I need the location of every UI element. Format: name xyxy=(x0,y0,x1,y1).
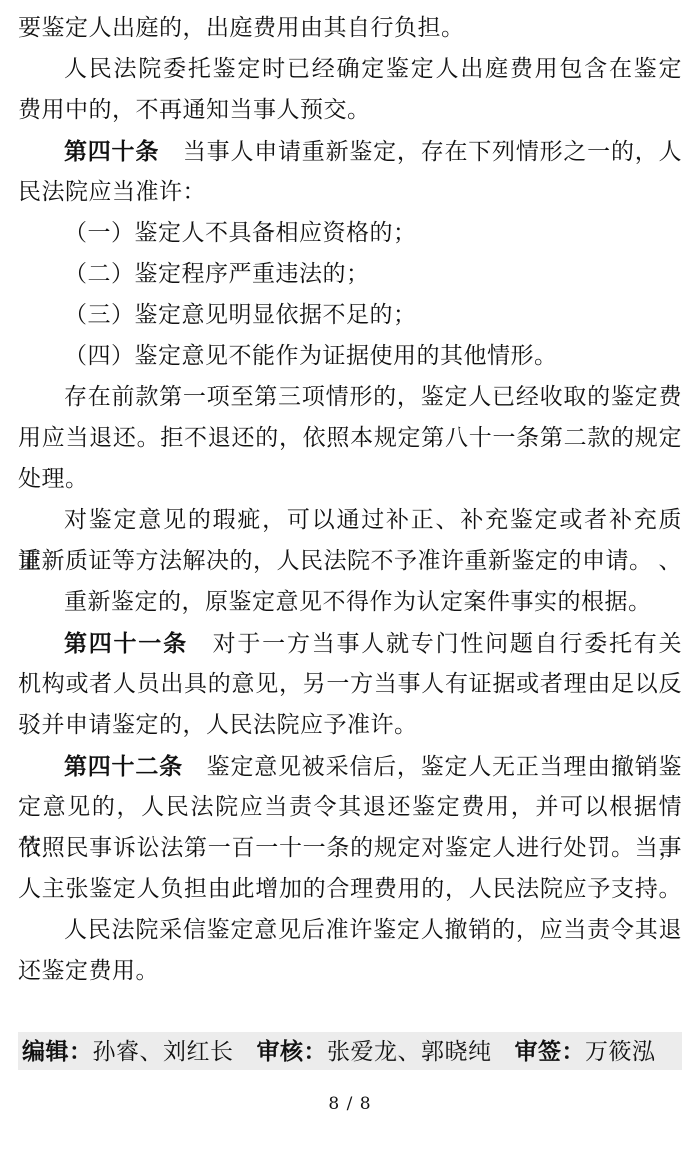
text-line: 重新质证等方法解决的，人民法院不予准许重新鉴定的申请。 xyxy=(18,541,682,582)
footer-role-label: 审核： xyxy=(257,1038,328,1064)
body-text: 用应当退还。拒不退还的，依照本规定第八十一条第二款的规定 xyxy=(18,425,682,451)
body-text: 重新鉴定的，原鉴定意见不得作为认定案件事实的根据。 xyxy=(64,589,652,615)
text-line: 处理。 xyxy=(18,459,682,500)
text-line: 费用中的，不再通知当事人预交。 xyxy=(18,90,682,131)
document-body: 要鉴定人出庭的，出庭费用由其自行负担。人民法院委托鉴定时已经确定鉴定人出庭费用包… xyxy=(0,0,700,992)
editor-footer-bar: 编辑：孙睿、刘红长审核：张爱龙、郭晓纯审签：万筱泓 xyxy=(18,1032,682,1070)
body-text: 鉴定意见被采信后，鉴定人无正当理由撤销鉴 xyxy=(183,754,682,780)
text-line: 机构或者人员出具的意见，另一方当事人有证据或者理由足以反 xyxy=(18,664,682,705)
footer-role-label: 编辑： xyxy=(22,1038,93,1064)
footer-name: 万筱泓 xyxy=(585,1039,656,1065)
body-text: 民法院应当准许： xyxy=(18,179,206,205)
page-number: 8 / 8 xyxy=(0,1094,700,1114)
text-line: 重新鉴定的，原鉴定意见不得作为认定案件事实的根据。 xyxy=(18,582,682,623)
text-line: 要鉴定人出庭的，出庭费用由其自行负担。 xyxy=(18,8,682,49)
text-line: 第四十一条 对于一方当事人就专门性问题自行委托有关 xyxy=(18,623,682,664)
article-number: 第四十一条 xyxy=(64,630,188,656)
footer-name: 张爱龙、郭晓纯 xyxy=(327,1039,492,1065)
text-line: 人主张鉴定人负担由此增加的合理费用的，人民法院应予支持。 xyxy=(18,869,682,910)
text-line: （二）鉴定程序严重违法的； xyxy=(18,254,682,295)
body-text: 存在前款第一项至第三项情形的，鉴定人已经收取的鉴定费 xyxy=(64,384,682,410)
text-line: 用应当退还。拒不退还的，依照本规定第八十一条第二款的规定 xyxy=(18,418,682,459)
text-line: （一）鉴定人不具备相应资格的； xyxy=(18,213,682,254)
body-text: （二）鉴定程序严重违法的； xyxy=(64,261,370,287)
footer-role-label: 审签： xyxy=(515,1038,586,1064)
text-line: 民法院应当准许： xyxy=(18,172,682,213)
body-text: 还鉴定费用。 xyxy=(18,958,159,984)
text-line: 人民法院采信鉴定意见后准许鉴定人撤销的，应当责令其退 xyxy=(18,910,682,951)
text-line: 还鉴定费用。 xyxy=(18,951,682,992)
body-text: 要鉴定人出庭的，出庭费用由其自行负担。 xyxy=(18,15,465,41)
body-text: 当事人申请重新鉴定，存在下列情形之一的，人 xyxy=(159,139,682,165)
body-text: 处理。 xyxy=(18,466,89,492)
body-text: 依照民事诉讼法第一百一十一条的规定对鉴定人进行处罚。当事 xyxy=(18,835,682,861)
text-line: 第四十条 当事人申请重新鉴定，存在下列情形之一的，人 xyxy=(18,131,682,172)
text-line: 存在前款第一项至第三项情形的，鉴定人已经收取的鉴定费 xyxy=(18,377,682,418)
text-line: 第四十二条 鉴定意见被采信后，鉴定人无正当理由撤销鉴 xyxy=(18,746,682,787)
body-text: （三）鉴定意见明显依据不足的； xyxy=(64,302,417,328)
footer-name: 孙睿、刘红长 xyxy=(93,1039,234,1065)
body-text: 机构或者人员出具的意见，另一方当事人有证据或者理由足以反 xyxy=(18,671,682,697)
document-page: 要鉴定人出庭的，出庭费用由其自行负担。人民法院委托鉴定时已经确定鉴定人出庭费用包… xyxy=(0,0,700,1150)
body-text: 重新质证等方法解决的，人民法院不予准许重新鉴定的申请。 xyxy=(18,548,653,574)
body-text: 人主张鉴定人负担由此增加的合理费用的，人民法院应予支持。 xyxy=(18,876,682,902)
text-line: 定意见的，人民法院应当责令其退还鉴定费用，并可以根据情节， xyxy=(18,787,682,828)
article-number: 第四十二条 xyxy=(64,753,183,779)
text-line: 依照民事诉讼法第一百一十一条的规定对鉴定人进行处罚。当事 xyxy=(18,828,682,869)
text-line: （三）鉴定意见明显依据不足的； xyxy=(18,295,682,336)
article-number: 第四十条 xyxy=(64,138,159,164)
body-text: 人民法院委托鉴定时已经确定鉴定人出庭费用包含在鉴定 xyxy=(64,56,682,82)
text-line: 对鉴定意见的瑕疵，可以通过补正、补充鉴定或者补充质证、 xyxy=(18,500,682,541)
body-text: 费用中的，不再通知当事人预交。 xyxy=(18,97,371,123)
body-text: 驳并申请鉴定的，人民法院应予准许。 xyxy=(18,712,418,738)
body-text: 人民法院采信鉴定意见后准许鉴定人撤销的，应当责令其退 xyxy=(64,917,682,943)
body-text: （一）鉴定人不具备相应资格的； xyxy=(64,220,417,246)
body-text: （四）鉴定意见不能作为证据使用的其他情形。 xyxy=(64,343,558,369)
text-line: （四）鉴定意见不能作为证据使用的其他情形。 xyxy=(18,336,682,377)
body-text: 对于一方当事人就专门性问题自行委托有关 xyxy=(188,631,682,657)
text-line: 人民法院委托鉴定时已经确定鉴定人出庭费用包含在鉴定 xyxy=(18,49,682,90)
text-line: 驳并申请鉴定的，人民法院应予准许。 xyxy=(18,705,682,746)
